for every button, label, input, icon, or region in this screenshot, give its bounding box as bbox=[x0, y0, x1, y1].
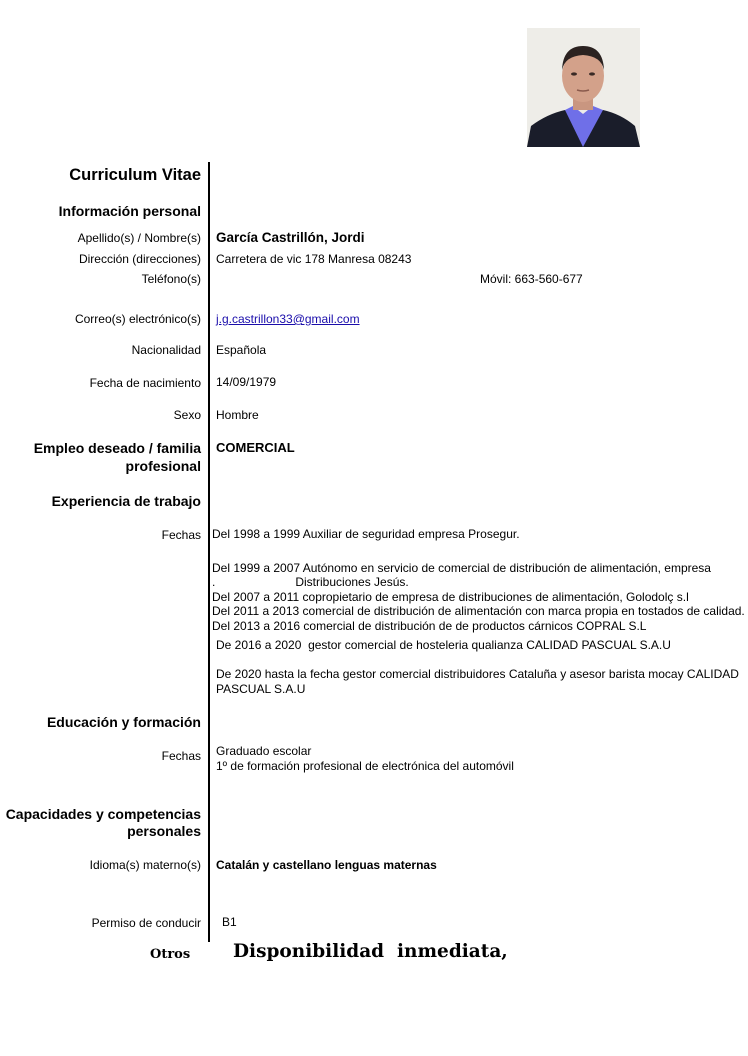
email-link[interactable]: j.g.castrillon33@gmail.com bbox=[216, 312, 360, 326]
desired-job-heading-line1: Empleo deseado / familia bbox=[34, 440, 201, 456]
desired-job-value: COMERCIAL bbox=[216, 440, 295, 455]
experience-item: Del 2011 a 2013 comercial de distribució… bbox=[212, 604, 745, 619]
experience-item: De 2020 hasta la fecha gestor comercial … bbox=[216, 667, 739, 682]
mother-tongue-value: Catalán y castellano lenguas maternas bbox=[216, 858, 437, 872]
experience-dates-label: Fechas bbox=[162, 528, 201, 542]
desired-job-heading-line2: profesional bbox=[126, 458, 201, 474]
profile-photo bbox=[527, 28, 640, 147]
email-label: Correo(s) electrónico(s) bbox=[75, 312, 201, 326]
address-label: Dirección (direcciones) bbox=[79, 252, 201, 266]
experience-item: PASCUAL S.A.U bbox=[216, 682, 305, 697]
birth-label: Fecha de nacimiento bbox=[90, 376, 201, 390]
cv-title: Curriculum Vitae bbox=[69, 166, 201, 185]
column-divider bbox=[208, 162, 210, 942]
phone-label: Teléfono(s) bbox=[142, 272, 201, 286]
other-label: Otros bbox=[150, 947, 190, 962]
education-dates-label: Fechas bbox=[162, 749, 201, 763]
experience-item: Del 1998 a 1999 Auxiliar de seguridad em… bbox=[212, 527, 520, 542]
person-photo-icon bbox=[527, 28, 640, 147]
education-heading: Educación y formación bbox=[47, 714, 201, 730]
nationality-label: Nacionalidad bbox=[132, 343, 201, 357]
experience-item: . Distribuciones Jesús. bbox=[212, 575, 409, 590]
experience-item: Del 1999 a 2007 Autónomo en servicio de … bbox=[212, 561, 711, 576]
birth-value: 14/09/1979 bbox=[216, 375, 276, 389]
experience-item: Del 2007 a 2011 copropietario de empresa… bbox=[212, 590, 689, 605]
personal-info-heading: Información personal bbox=[59, 203, 201, 219]
license-label: Permiso de conducir bbox=[92, 916, 201, 930]
address-value: Carretera de vic 178 Manresa 08243 bbox=[216, 252, 411, 266]
skills-heading-line2: personales bbox=[127, 823, 201, 839]
mobile-phone: Móvil: 663-560-677 bbox=[480, 272, 583, 286]
full-name: García Castrillón, Jordi bbox=[216, 230, 365, 245]
experience-item: De 2016 a 2020 gestor comercial de hoste… bbox=[216, 638, 671, 653]
sex-value: Hombre bbox=[216, 408, 259, 422]
license-value: B1 bbox=[222, 915, 237, 929]
skills-heading-line1: Capacidades y competencias bbox=[6, 806, 201, 822]
experience-heading: Experiencia de trabajo bbox=[52, 493, 201, 509]
sex-label: Sexo bbox=[174, 408, 201, 422]
other-value: Disponibilidad inmediata, bbox=[233, 941, 508, 962]
mother-tongue-label: Idioma(s) materno(s) bbox=[90, 858, 201, 872]
education-item: 1º de formación profesional de electróni… bbox=[216, 759, 514, 774]
experience-item: Del 2013 a 2016 comercial de distribució… bbox=[212, 619, 646, 634]
nationality-value: Española bbox=[216, 343, 266, 357]
name-label: Apellido(s) / Nombre(s) bbox=[78, 231, 201, 245]
education-item: Graduado escolar bbox=[216, 744, 311, 759]
